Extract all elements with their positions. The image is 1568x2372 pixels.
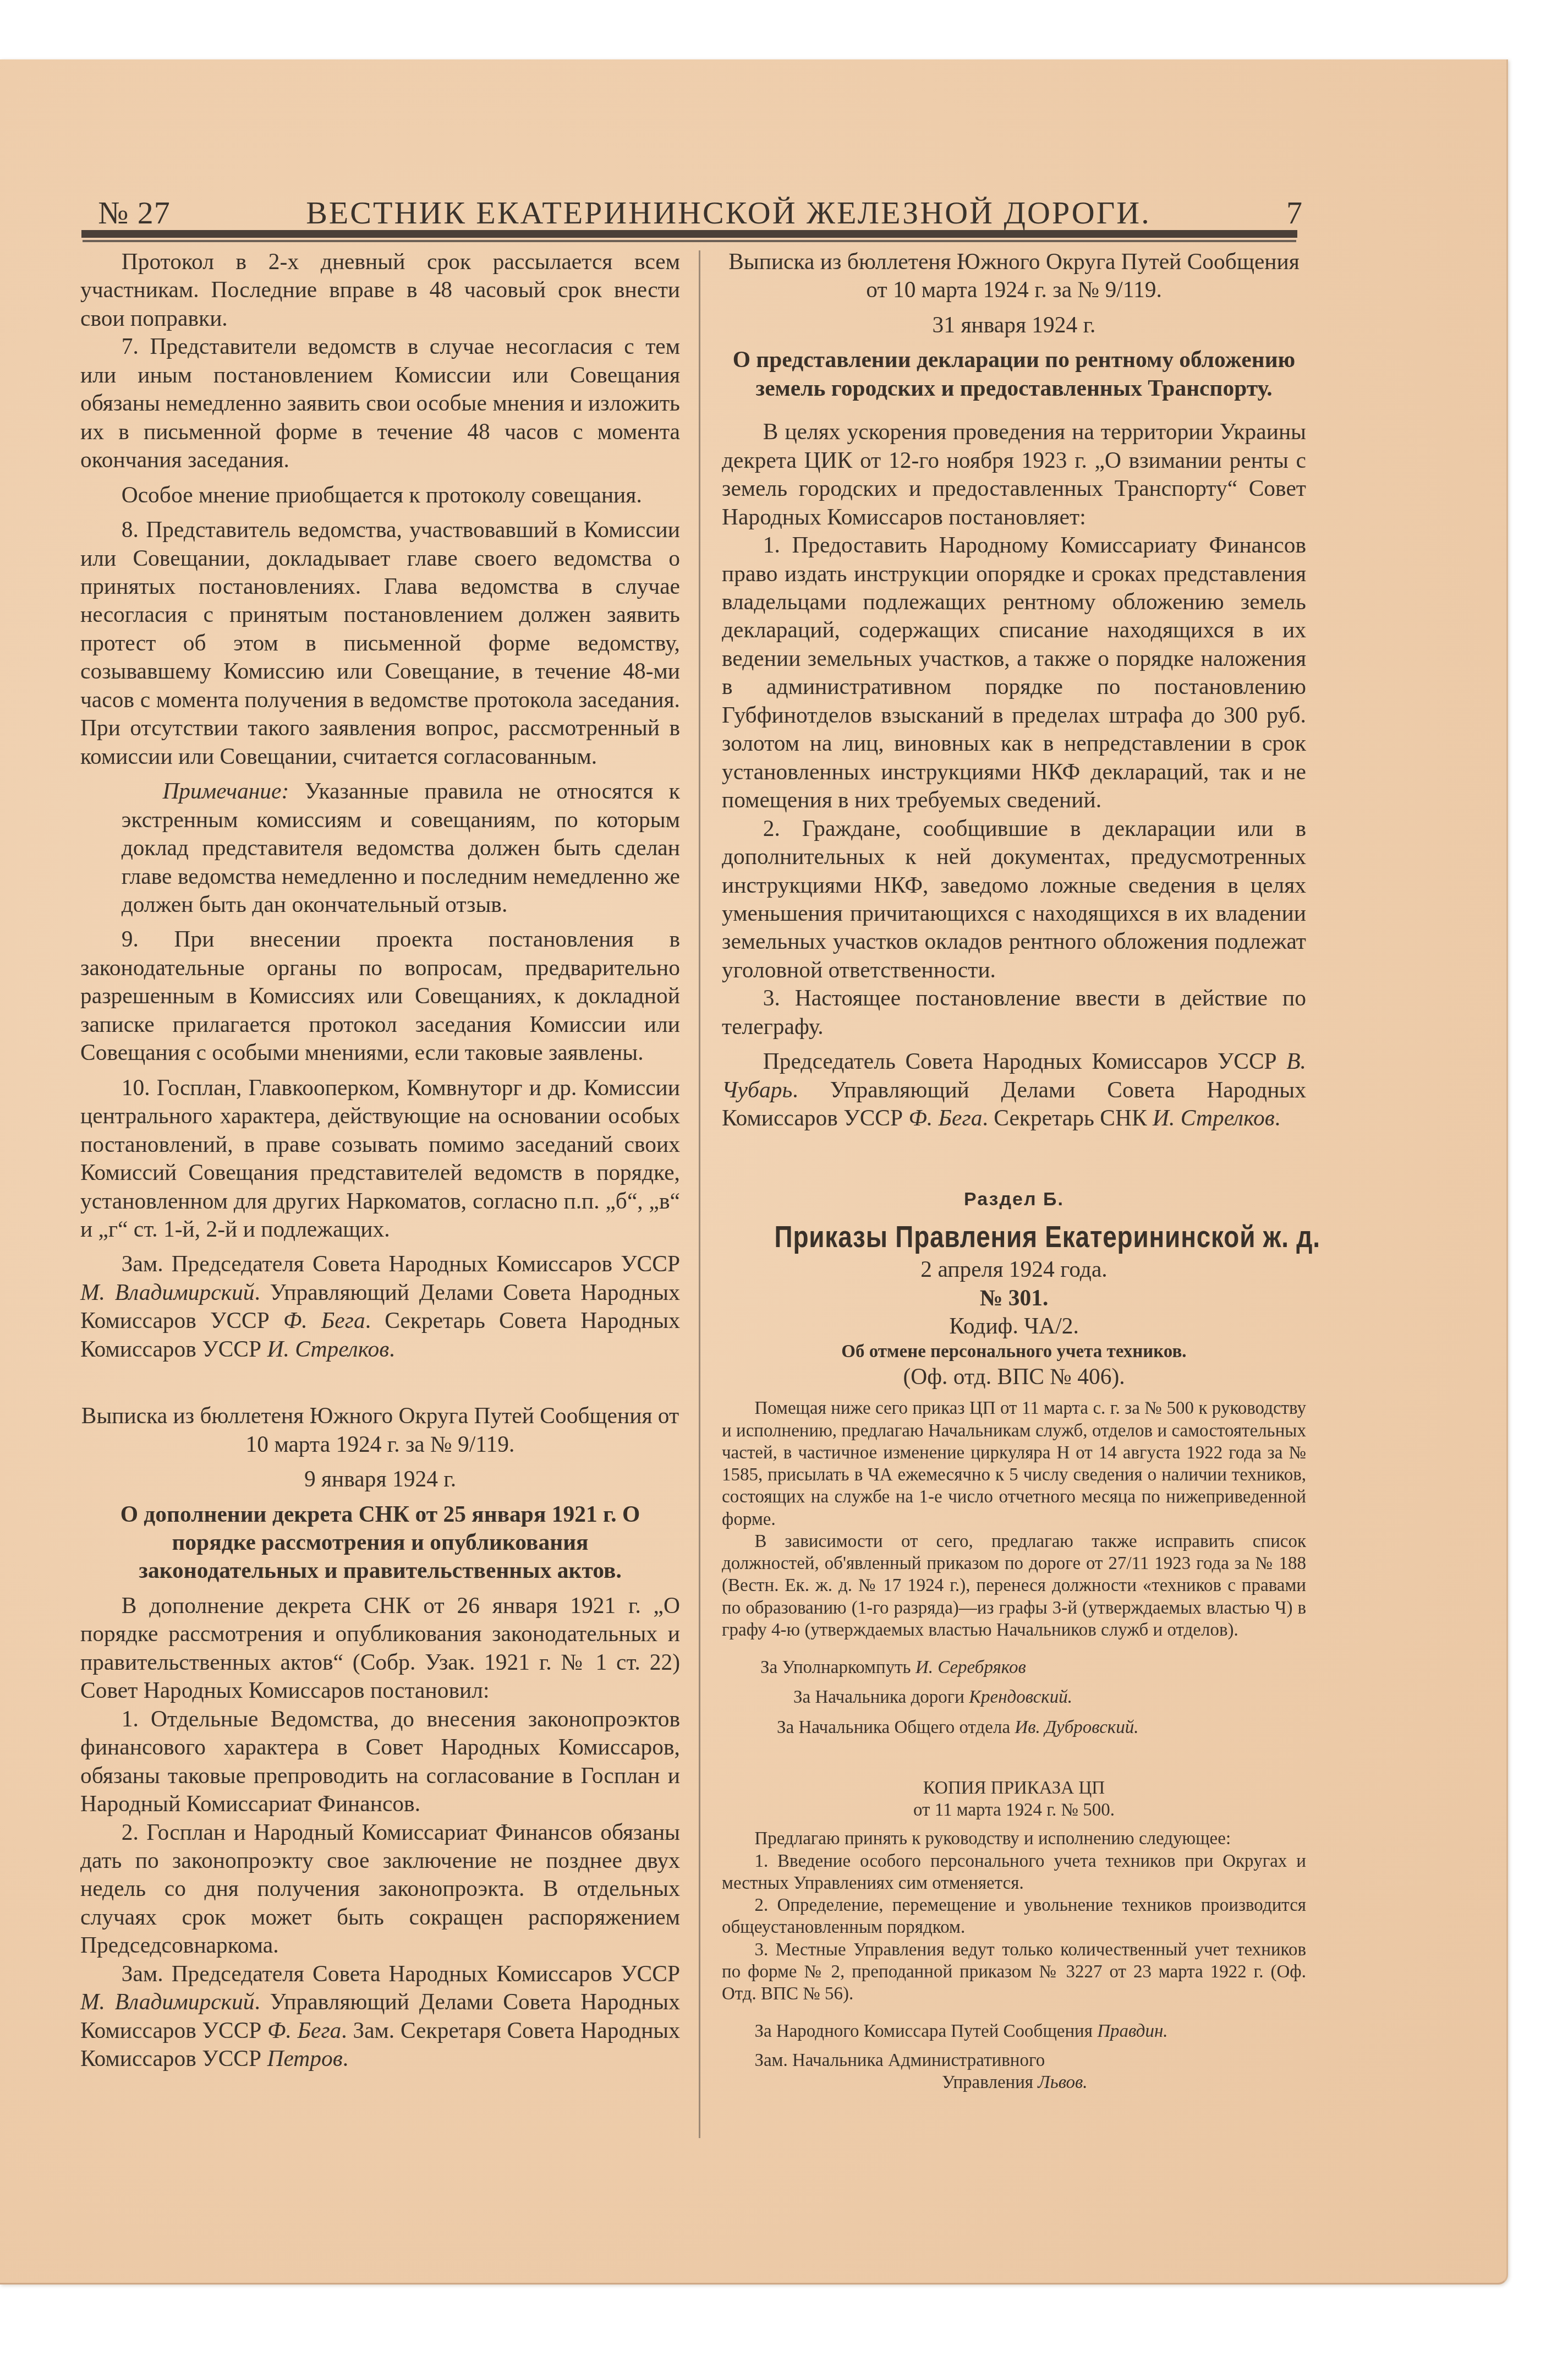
decree-intro: В дополнение декрета СНК от 26 января 19… <box>80 1592 680 1705</box>
decree-item-3: 3. Настоящее постановление ввести в дейс… <box>722 984 1306 1041</box>
order-codification: Кодиф. ЧА/2. <box>722 1312 1306 1340</box>
special-opinion-paragraph: Особое мнение приобщается к протоколу со… <box>80 481 680 509</box>
section-label: Раздел Б. <box>722 1188 1306 1211</box>
signatory-name: М. Владимирский <box>80 1989 254 2014</box>
copy-intro: Предлагаю принять к руководству и исполн… <box>722 1828 1306 1850</box>
decree-date: 31 января 1924 г. <box>722 311 1306 339</box>
copy-date: от 11 марта 1924 г. № 500. <box>722 1799 1306 1821</box>
order-number: № 301. <box>722 1284 1306 1312</box>
note-label: Примечание: <box>122 778 289 804</box>
section-title: Приказы Правления Екатерининской ж. д. <box>775 1217 1254 1255</box>
page-number: 7 <box>1286 194 1303 231</box>
signatory-name: Ф. Бега <box>267 2018 341 2043</box>
item-8: 8. Представитель ведомства, участвовавши… <box>80 516 680 770</box>
signatory-name: М. Владимирский <box>80 1280 254 1305</box>
header-rule <box>81 230 1297 240</box>
signatory-name: Петров <box>267 2046 342 2071</box>
decree-item-1: 1. Предоставить Народному Комиссариату Ф… <box>722 531 1306 815</box>
bulletin-extract: Выписка из бюллетеня Южного Округа Путей… <box>722 248 1306 304</box>
decree-heading: О представлении декларации по рентному о… <box>722 346 1306 402</box>
order-signature: За Уполнаркомпуть И. Серебряков <box>722 1657 1306 1679</box>
signatures-block-2: Зам. Председателя Совета Народных Комисс… <box>80 1960 680 2073</box>
column-divider <box>699 250 700 2138</box>
signatures-block: Председатель Совета Народных Комиссаров … <box>722 1047 1306 1132</box>
order-paragraph-2: В зависимости от сего, предлагаю также и… <box>722 1531 1306 1641</box>
copy-signature-2-line-2: Управления Львов. <box>722 2072 1306 2094</box>
order-signature: За Начальника Общего отдела Ив. Дубровск… <box>722 1717 1306 1739</box>
signatory-name: И. Стрелков <box>1153 1105 1275 1130</box>
note-paragraph: Примечание: Указанные правила не относят… <box>80 777 680 919</box>
decree-item-2: 2. Госплан и Народный Комиссариат Финанс… <box>80 1818 680 1960</box>
order-paragraph-1: Помещая ниже сего приказ ЦП от 11 марта … <box>722 1397 1306 1531</box>
decree-item-2: 2. Граждане, сообщившие в декларации или… <box>722 815 1306 985</box>
copy-title: КОПИЯ ПРИКАЗА ЦП <box>722 1777 1306 1799</box>
item-9: 9. При внесении проекта постановления в … <box>80 925 680 1067</box>
right-column: Выписка из бюллетеня Южного Округа Путей… <box>722 248 1306 2094</box>
bulletin-extract: Выписка из бюллетеня Южного Округа Путей… <box>80 1402 680 1458</box>
signatory-name: И. Стрелков <box>267 1336 389 1362</box>
copy-signature-1: За Народного Комиссара Путей Сообщения П… <box>722 2020 1306 2042</box>
decree-item-1: 1. Отдельные Ведомства, до внесения зако… <box>80 1705 680 1818</box>
decree-date: 9 января 1924 г. <box>80 1465 680 1493</box>
signatures-block-1: Зам. Председателя Совета Народных Комисс… <box>80 1250 680 1363</box>
item-7: 7. Представители ведомств в случае несог… <box>80 332 680 474</box>
left-column: Протокол в 2-х дневный срок рассылается … <box>80 248 680 2073</box>
publication-title: ВЕСТНИК ЕКАТЕРИНИНСКОЙ ЖЕЛЕЗНОЙ ДОРОГИ. <box>171 194 1286 231</box>
copy-item-2: 2. Определение, перемещение и увольнение… <box>722 1894 1306 1939</box>
copy-item-1: 1. Введение особого персонального учета … <box>722 1850 1306 1895</box>
signatory-name: Ф. Бега <box>908 1105 982 1130</box>
decree-intro: В целях ускорения проведения на территор… <box>722 418 1306 531</box>
copy-item-3: 3. Местные Управления ведут только колич… <box>722 1939 1306 2005</box>
order-signature: За Начальника дороги Крендовский. <box>722 1686 1306 1708</box>
signatory-name: Ф. Бега <box>283 1308 365 1333</box>
order-date: 2 апреля 1924 года. <box>722 1255 1306 1283</box>
copy-signature-2-line-1: Зам. Начальника Административного <box>722 2049 1306 2072</box>
issue-number: № 27 <box>98 194 171 231</box>
protocol-paragraph: Протокол в 2-х дневный срок рассылается … <box>80 248 680 332</box>
order-reference: (Оф. отд. ВПС № 406). <box>722 1363 1306 1391</box>
order-signatures: За Уполнаркомпуть И. Серебряков За Начал… <box>722 1657 1306 1739</box>
order-heading: Об отмене персонального учета техников. <box>722 1341 1306 1363</box>
item-10: 10. Госплан, Главкооперком, Комвнуторг и… <box>80 1074 680 1244</box>
page-header: № 27 ВЕСТНИК ЕКАТЕРИНИНСКОЙ ЖЕЛЕЗНОЙ ДОР… <box>98 187 1303 231</box>
decree-heading: О дополнении декрета СНК от 25 января 19… <box>80 1500 680 1585</box>
